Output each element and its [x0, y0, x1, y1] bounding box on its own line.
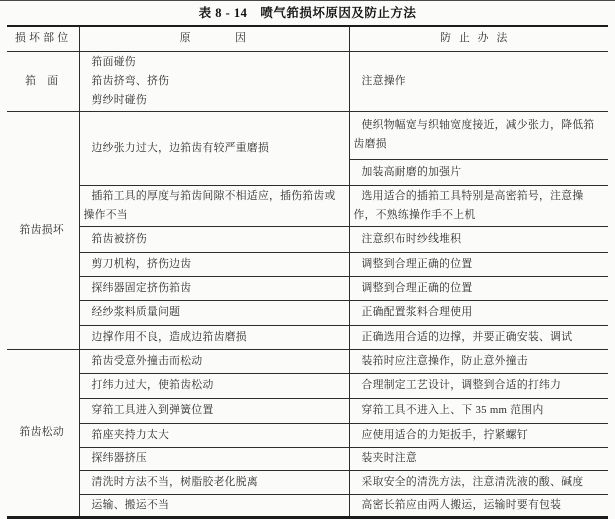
prevention-cell: 注意织布时纱线堆积 [349, 226, 608, 252]
cause-cell: 筘齿受意外撞击而松动 [79, 349, 349, 373]
prevention-cell: 加装高耐磨的加强片 [349, 159, 608, 185]
cause-cell: 清洗时方法不当，树脂胶老化脱离 [79, 470, 349, 494]
prevention-cell: 调整到合理正确的位置 [349, 252, 608, 276]
cause-cell: 经纱浆料质量问题 [79, 300, 349, 325]
cause-cell: 打纬力过大，使筘齿松动 [79, 373, 349, 398]
cause-cell: 筘面碰伤 筘齿挤弯、挤伤 剪纱时碰伤 [79, 51, 349, 111]
table-header-row: 损 坏 部 位 原 因 防止办法 [7, 26, 608, 51]
table-row: 穿筘工具进入到弹簧位置 穿筘工具不进入上、下 35 mm 范围内 [7, 398, 608, 423]
cause-cell: 边纱张力过大，边筘齿有较严重磨损 [79, 111, 349, 185]
prevention-cell: 注意操作 [349, 51, 608, 111]
table-row: 筘齿被挤伤 注意织布时纱线堆积 [7, 226, 608, 252]
table-row: 筘齿松动 筘齿受意外撞击而松动 装筘时应注意操作，防止意外撞击 [7, 349, 608, 373]
header-prevention: 防止办法 [349, 26, 608, 51]
prevention-cell: 应使用适合的力矩扳手，拧紧螺钉 [349, 423, 608, 447]
prevention-cell: 选用适合的插筘工具特别是高密筘号，注意操作，不熟练操作手不上机 [349, 185, 608, 226]
table-row: 筘齿损坏 边纱张力过大，边筘齿有较严重磨损 使织物幅宽与织轴宽度接近，减少张力，… [7, 111, 608, 159]
cause-cell: 穿筘工具进入到弹簧位置 [79, 398, 349, 423]
cause-line: 筘面碰伤 [84, 53, 343, 72]
prevention-cell: 调整到合理正确的位置 [349, 276, 608, 300]
cause-cell: 运输、搬运不当 [79, 494, 349, 515]
cause-cell: 探纬器固定挤伤筘齿 [79, 276, 349, 300]
table-row: 探纬器固定挤伤筘齿 调整到合理正确的位置 [7, 276, 608, 300]
cause-cell: 插筘工具的厚度与筘齿间隙不相适应，插伤筘齿或操作不当 [79, 185, 349, 226]
prevention-cell: 装夹时注意 [349, 447, 608, 470]
part-cell-reed-dent-damage: 筘齿损坏 [7, 111, 79, 349]
cause-line: 筘齿挤弯、挤伤 [84, 72, 343, 91]
prevention-cell: 高密长筘应由两人搬运，运输时要有包装 [349, 494, 608, 515]
prevention-cell: 正确配置浆料合理使用 [349, 300, 608, 325]
table-row: 剪刀机构，挤伤边齿 调整到合理正确的位置 [7, 252, 608, 276]
table-row: 探纬器挤压 装夹时注意 [7, 447, 608, 470]
reed-damage-table: 损 坏 部 位 原 因 防止办法 筘 面 筘面碰伤 筘齿挤弯、挤伤 剪纱时碰伤 … [7, 25, 608, 515]
prevention-cell: 穿筘工具不进入上、下 35 mm 范围内 [349, 398, 608, 423]
table-row: 打纬力过大，使筘齿松动 合理制定工艺设计，调整到合适的打纬力 [7, 373, 608, 398]
cause-line: 剪纱时碰伤 [84, 91, 343, 110]
part-cell-reed-dent-loose: 筘齿松动 [7, 349, 79, 515]
table-row: 运输、搬运不当 高密长筘应由两人搬运，运输时要有包装 [7, 494, 608, 515]
table-title: 表 8 - 14 喷气筘损坏原因及防止方法 [0, 3, 615, 21]
table-row: 筘座夹持力太大 应使用适合的力矩扳手，拧紧螺钉 [7, 423, 608, 447]
prevention-cell: 装筘时应注意操作，防止意外撞击 [349, 349, 608, 373]
table-row: 经纱浆料质量问题 正确配置浆料合理使用 [7, 300, 608, 325]
cause-cell: 探纬器挤压 [79, 447, 349, 470]
prevention-cell: 正确选用合适的边撑，并要正确安装、调试 [349, 325, 608, 349]
cause-cell: 边撑作用不良，造成边筘齿磨损 [79, 325, 349, 349]
prevention-cell: 合理制定工艺设计，调整到合适的打纬力 [349, 373, 608, 398]
prevention-cell: 使织物幅宽与织轴宽度接近，减少张力，降低筘齿磨损 [349, 111, 608, 159]
header-damage-part: 损 坏 部 位 [7, 26, 79, 51]
cause-cell: 筘座夹持力太大 [79, 423, 349, 447]
page-top-rule [0, 0, 615, 1]
table-row: 边撑作用不良，造成边筘齿磨损 正确选用合适的边撑，并要正确安装、调试 [7, 325, 608, 349]
table-row: 清洗时方法不当，树脂胶老化脱离 采取安全的清洗方法，注意清洗液的酸、碱度 [7, 470, 608, 494]
header-cause: 原 因 [79, 26, 349, 51]
cause-cell: 筘齿被挤伤 [79, 226, 349, 252]
table-row: 插筘工具的厚度与筘齿间隙不相适应，插伤筘齿或操作不当 选用适合的插筘工具特别是高… [7, 185, 608, 226]
cause-cell: 剪刀机构，挤伤边齿 [79, 252, 349, 276]
part-cell-reed-face: 筘 面 [7, 51, 79, 111]
table-row: 筘 面 筘面碰伤 筘齿挤弯、挤伤 剪纱时碰伤 注意操作 [7, 51, 608, 111]
prevention-cell: 采取安全的清洗方法，注意清洗液的酸、碱度 [349, 470, 608, 494]
